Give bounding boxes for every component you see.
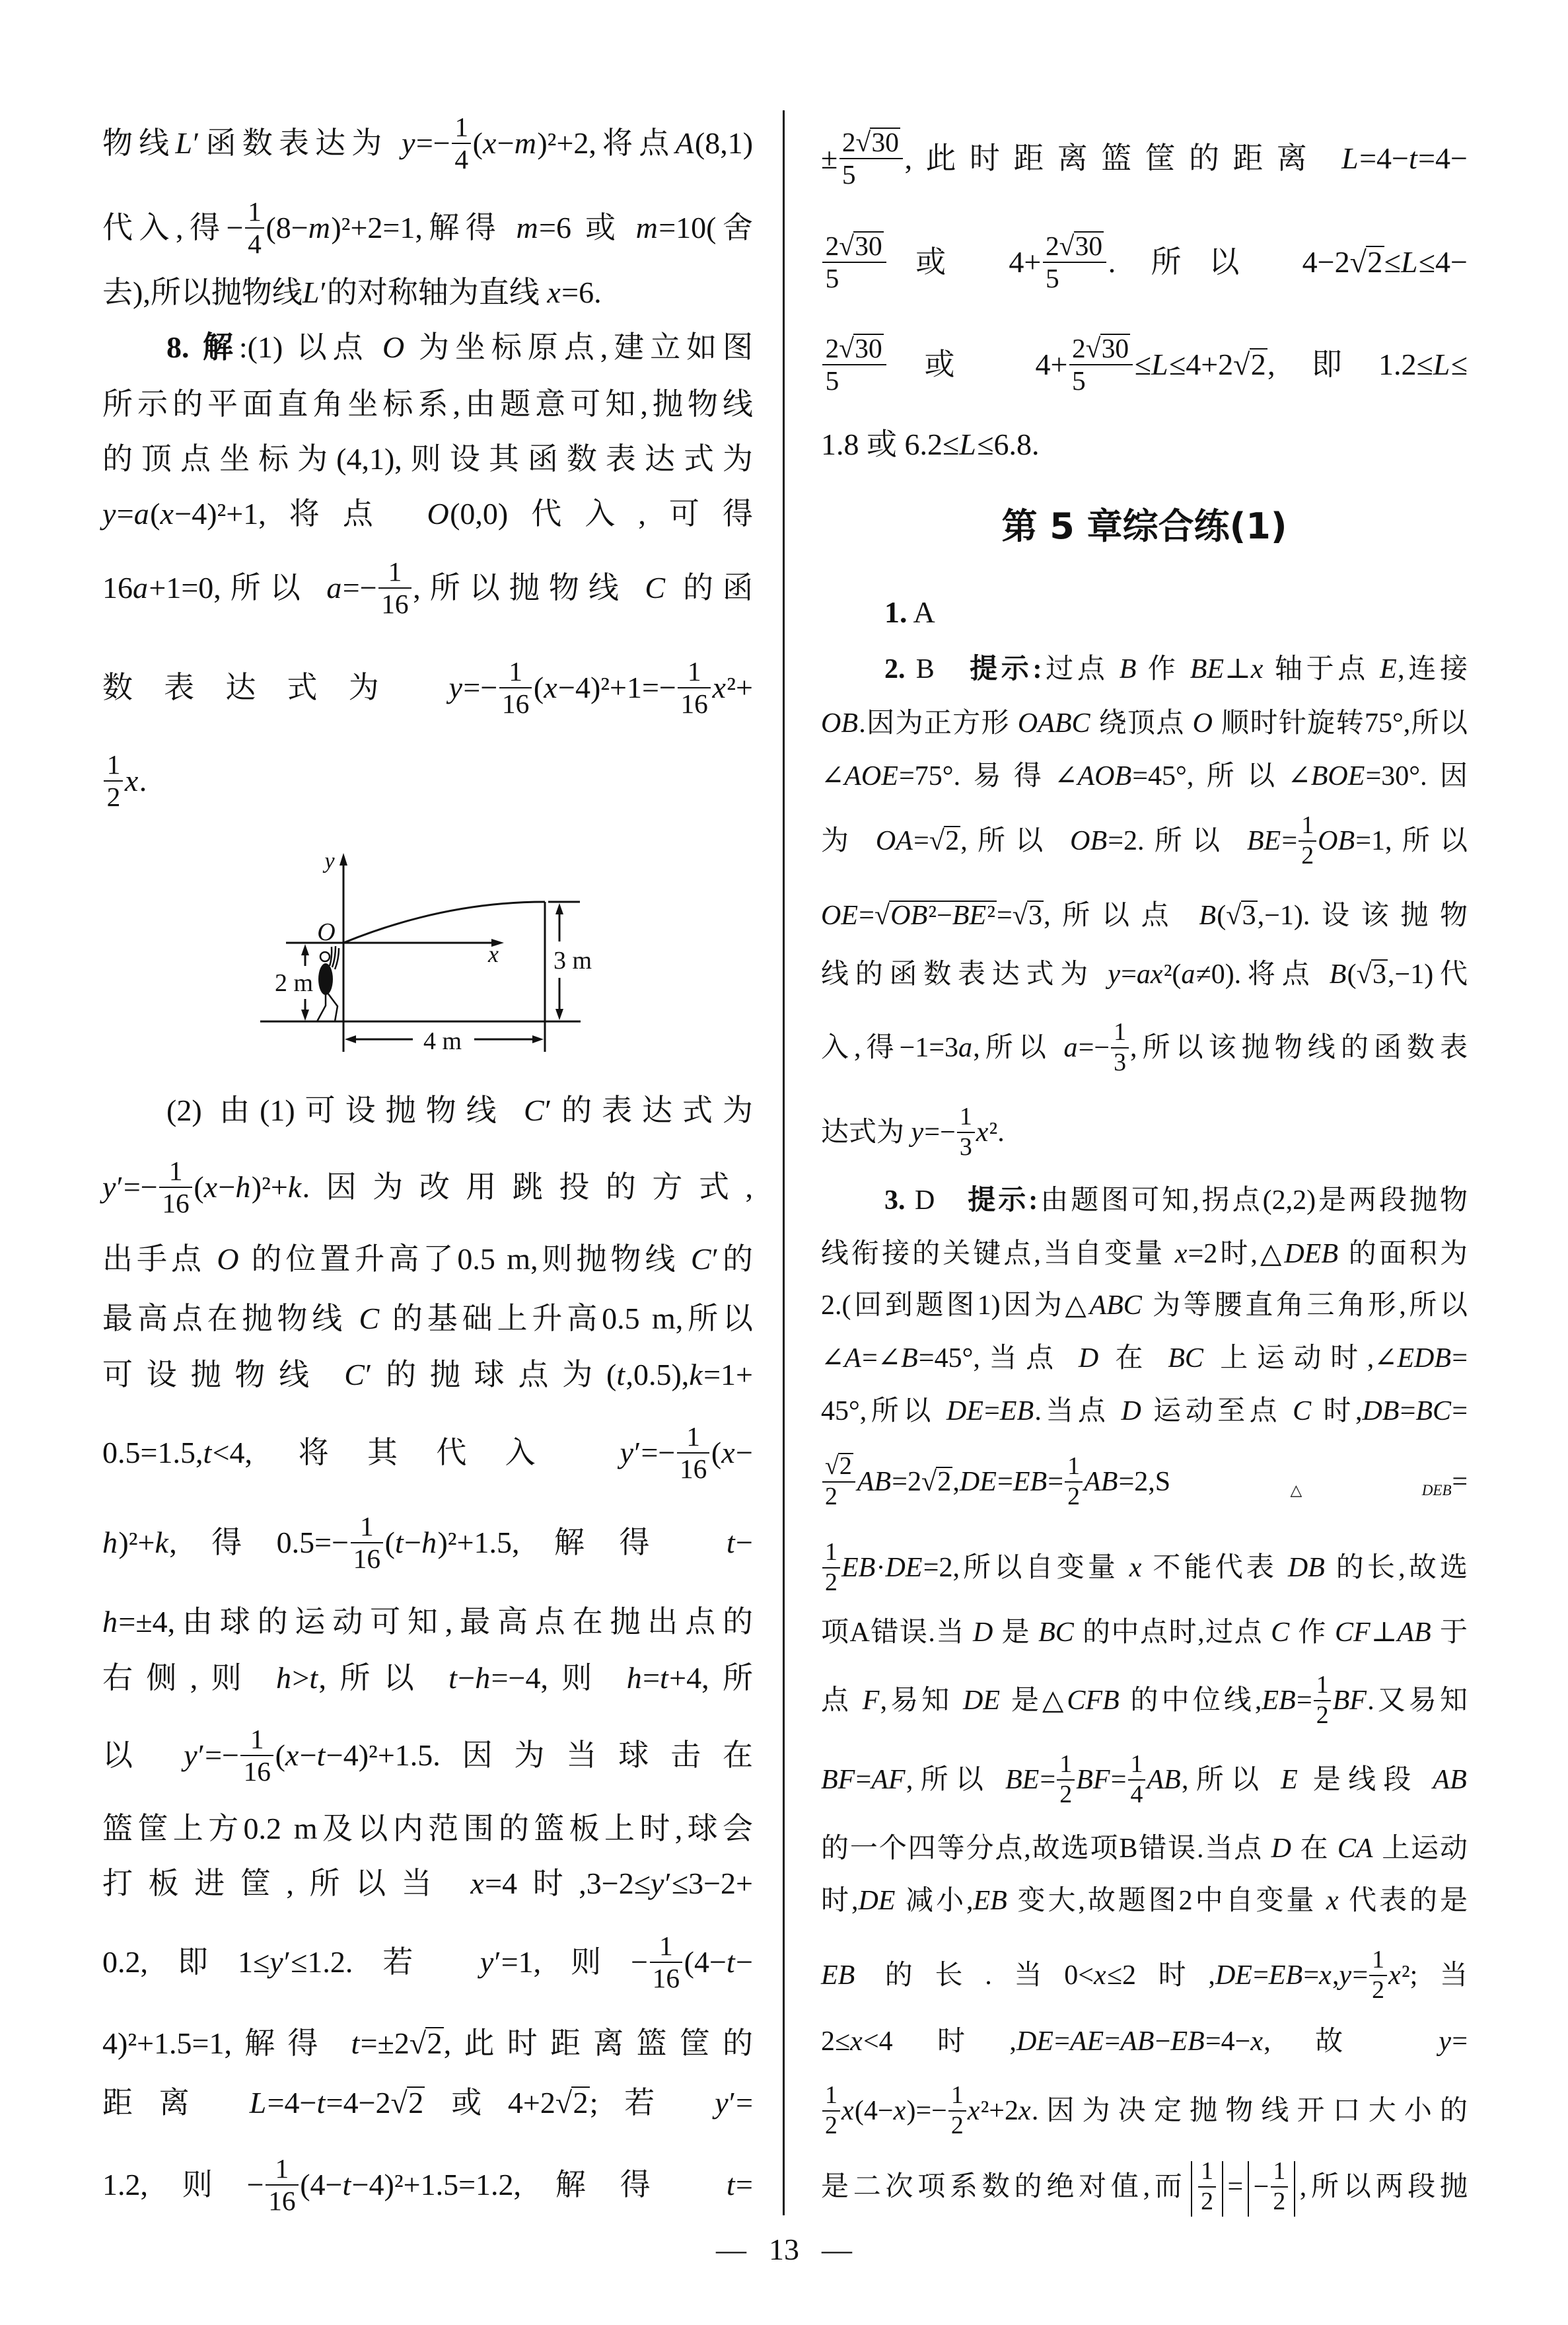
fraction: 2√305 bbox=[1069, 333, 1133, 397]
text-run: 1 bbox=[388, 556, 402, 587]
radicand: 30 bbox=[1100, 334, 1131, 362]
text-line: 1.8 或 6.2≤L≤6.8. bbox=[821, 425, 1468, 464]
text-run: 1 bbox=[1316, 1671, 1329, 1699]
math-variable: x bbox=[850, 2026, 863, 2057]
math-variable: t bbox=[309, 1661, 318, 1695]
fraction: 12 bbox=[1369, 1946, 1386, 2005]
math-variable: BF bbox=[1076, 1765, 1111, 1795]
text-run: 是线段 bbox=[1299, 1765, 1433, 1795]
text-run: 的基础上升高0.5 m,所以 bbox=[380, 1302, 753, 1335]
text-run: 2≤ bbox=[821, 2026, 850, 2057]
column-divider bbox=[783, 110, 785, 2215]
math-variable: t bbox=[342, 2168, 351, 2201]
fraction: 12 bbox=[1314, 1671, 1331, 1730]
text-run: 2 bbox=[1059, 1781, 1072, 1808]
math-variable: CFB bbox=[1067, 1685, 1120, 1716]
text-run: (8− bbox=[266, 211, 308, 244]
text-run: ′≤3−2+ bbox=[665, 1866, 753, 1900]
math-variable: AB bbox=[1433, 1765, 1468, 1795]
math-variable: x bbox=[160, 497, 174, 531]
math-variable: k bbox=[155, 1526, 169, 1559]
math-variable: BC bbox=[1038, 1617, 1075, 1648]
text-run: 2 bbox=[826, 231, 839, 261]
text-run: 30 bbox=[872, 127, 899, 157]
text-run: − bbox=[404, 1526, 421, 1559]
text-run: 的长,故选 bbox=[1326, 1553, 1468, 1583]
bold-text: 提示: bbox=[968, 1185, 1038, 1216]
math-variable: AB bbox=[1084, 1467, 1119, 1497]
text-run: 代表的是 bbox=[1339, 1886, 1468, 1916]
text-run: :(1) 以点 bbox=[239, 330, 382, 364]
math-variable: D bbox=[1079, 1343, 1100, 1374]
text-run: =∠ bbox=[862, 1343, 901, 1374]
math-variable: x bbox=[204, 1170, 219, 1204]
math-variable: BF bbox=[1333, 1685, 1368, 1716]
text-line: 16a+1=0,所以 a=−116,所以抛物线 C 的函 bbox=[102, 568, 753, 608]
fraction-numerator: 1 bbox=[957, 1103, 974, 1131]
radicand: 2 bbox=[838, 1453, 853, 1479]
math-variable: AOB bbox=[1077, 761, 1132, 792]
radicand: 2 bbox=[571, 2086, 590, 2118]
text-run: 2 bbox=[1372, 1976, 1384, 2004]
math-variable: h bbox=[627, 1661, 643, 1695]
math-variable: DB bbox=[1288, 1553, 1326, 1583]
text-run: ²( bbox=[1164, 959, 1182, 990]
math-variable: B bbox=[1199, 901, 1217, 931]
math-variable: h bbox=[235, 1170, 251, 1204]
math-variable: x bbox=[1388, 1960, 1402, 1991]
text-run: ( bbox=[194, 1170, 203, 1204]
fraction: 116 bbox=[677, 1421, 710, 1485]
fraction-numerator: 1 bbox=[357, 1511, 376, 1543]
text-run: <4, 将其代入 bbox=[213, 1436, 620, 1469]
bold-text: 1. bbox=[884, 595, 908, 629]
fraction: 12 bbox=[1299, 811, 1316, 870]
text-run: − bbox=[736, 1945, 753, 1979]
radicand: 3 bbox=[1027, 901, 1044, 930]
text-line: 时,DE 减小,EB 变大,故题图2中自变量 x 代表的是 bbox=[821, 1881, 1468, 1921]
math-variable: O bbox=[382, 330, 406, 364]
math-variable: y bbox=[1439, 2026, 1452, 2057]
text-run: 2 bbox=[1316, 1701, 1329, 1729]
radical-sign-icon: √ bbox=[839, 333, 854, 363]
y-axis-arrow-icon bbox=[339, 853, 347, 866]
text-run: ( bbox=[711, 1436, 721, 1469]
text-run: =1+ bbox=[703, 1358, 753, 1391]
absolute-value-bar bbox=[1248, 2161, 1249, 2217]
math-variable: A bbox=[844, 1343, 862, 1374]
text-run: 提示: bbox=[970, 654, 1042, 684]
fraction: 116 bbox=[351, 1511, 384, 1575]
math-variable: AB bbox=[1120, 2026, 1155, 2057]
text-run: 是二次项系数的绝对值,而 bbox=[821, 2172, 1187, 2202]
text-run: =1,所以 bbox=[1355, 826, 1468, 856]
text-run: = bbox=[736, 2168, 753, 2201]
text-run: =− bbox=[463, 671, 497, 704]
math-variable: y bbox=[1339, 1960, 1353, 1991]
fraction-denominator: 2 bbox=[104, 780, 123, 813]
text-run: 时, bbox=[821, 1886, 858, 1916]
text-run: = bbox=[117, 497, 134, 531]
text-run: 由题图可知,拐点(2,2)是两段抛物 bbox=[1038, 1185, 1468, 1216]
text-line: 线的函数表达式为 y=ax²(a≠0).将点 B(√3,−1)代 bbox=[821, 955, 1468, 994]
text-run: 是 bbox=[994, 1617, 1039, 1648]
square-root: √2 bbox=[1350, 245, 1384, 279]
math-variable: t bbox=[727, 1526, 736, 1559]
text-run: ⊥ bbox=[1225, 654, 1251, 684]
math-variable: x bbox=[1175, 1239, 1188, 1269]
math-variable: EB bbox=[1262, 1685, 1297, 1716]
text-run: 减小, bbox=[896, 1886, 974, 1916]
text-run: 出手点 bbox=[102, 1242, 217, 1276]
text-line: 的顶点坐标为(4,1),则设其函数表达式为 bbox=[102, 439, 753, 479]
text-run: ( bbox=[534, 671, 544, 704]
math-variable: BE bbox=[1190, 654, 1225, 684]
text-run: 2 bbox=[1201, 2188, 1213, 2215]
text-run: − bbox=[218, 1170, 235, 1204]
fraction-denominator: 5 bbox=[1043, 262, 1106, 295]
text-run: ( bbox=[385, 1526, 395, 1559]
text-line: OB.因为正方形 OABC 绕顶点 O 顺时针旋转75°,所以 bbox=[821, 704, 1468, 743]
text-run: ≤4− bbox=[1419, 245, 1468, 279]
math-variable: x bbox=[285, 1738, 300, 1772]
text-run: ;若 bbox=[590, 2086, 715, 2120]
text-run: = bbox=[1253, 1960, 1269, 1991]
fraction-denominator: 2 bbox=[1314, 1700, 1331, 1730]
math-variable: DE bbox=[963, 1685, 1001, 1716]
text-run: . bbox=[139, 764, 147, 797]
text-run: − bbox=[736, 1526, 753, 1559]
text-run: =45°,所以∠ bbox=[1132, 761, 1310, 792]
square-root: √30 bbox=[1086, 333, 1130, 363]
text-run: 不能代表 bbox=[1143, 1553, 1288, 1583]
math-variable: t bbox=[1409, 141, 1418, 175]
math-variable: BE bbox=[1005, 1765, 1040, 1795]
text-run: 或 4+ bbox=[888, 348, 1067, 381]
text-run: = bbox=[1297, 1685, 1312, 1716]
math-variable: AF bbox=[871, 1765, 906, 1795]
fraction-numerator: 1 bbox=[685, 656, 704, 688]
math-variable: L bbox=[1151, 348, 1169, 381]
math-variable: O bbox=[217, 1242, 240, 1276]
text-line: 项A错误.当 D 是 BC 的中点时,过点 C 作 CF⊥AB 于 bbox=[821, 1613, 1468, 1652]
text-run: 轴于点 bbox=[1264, 654, 1380, 684]
text-line: 2≤x<4时,DE=AE=AB−EB=4−x,故 y= bbox=[821, 2022, 1468, 2061]
text-run: =2,S bbox=[1119, 1467, 1171, 1497]
fraction: √22 bbox=[822, 1452, 855, 1511]
math-variable: C bbox=[645, 571, 666, 605]
fraction-numerator: 1 bbox=[684, 1421, 703, 1453]
math-variable: t bbox=[395, 1526, 404, 1559]
fraction-denominator: 2 bbox=[822, 1567, 839, 1597]
text-run: ′=− bbox=[198, 1738, 239, 1772]
text-run: ²;当 bbox=[1402, 1960, 1468, 1991]
text-run: ≤6.8. bbox=[977, 427, 1039, 461]
text-run: 45°,所以 bbox=[821, 1396, 946, 1426]
text-line: 0.2,即1≤y′≤1.2.若 y′=1,则−116(4−t− bbox=[102, 1942, 753, 1982]
math-variable: k bbox=[288, 1170, 303, 1204]
math-variable: y bbox=[402, 126, 416, 160]
text-run: 3 bbox=[1114, 1049, 1126, 1076]
text-run: =− bbox=[1079, 1033, 1110, 1063]
math-variable: ax bbox=[1137, 959, 1164, 990]
text-run: = bbox=[1281, 826, 1297, 856]
text-run: 上运动 bbox=[1374, 1833, 1468, 1864]
math-variable: m bbox=[308, 211, 332, 244]
text-run: =45°,当点 bbox=[919, 1343, 1079, 1374]
text-run: 1 bbox=[275, 2153, 289, 2184]
text-run: ∠ bbox=[821, 1343, 844, 1374]
fraction-denominator: 5 bbox=[839, 158, 903, 191]
text-line: 达式为 y=−13x². bbox=[821, 1113, 1468, 1152]
math-variable: EDB bbox=[1397, 1343, 1452, 1374]
text-run: ′=1,则− bbox=[495, 1945, 648, 1979]
text-run: 1.2,则− bbox=[102, 2168, 264, 2201]
text-run: 2 bbox=[1273, 2188, 1285, 2215]
text-run: − bbox=[300, 1738, 317, 1772]
text-run: 1 bbox=[1372, 1946, 1384, 1974]
math-variable: y bbox=[651, 1866, 665, 1900]
fraction: 116 bbox=[678, 656, 711, 720]
text-run: ≤2时, bbox=[1107, 1960, 1215, 1991]
absolute-value-bar bbox=[1222, 2161, 1223, 2217]
square-root: √2 bbox=[410, 2026, 444, 2060]
math-variable: L bbox=[1401, 245, 1419, 279]
section-heading: 第 5 章综合练(1) bbox=[821, 503, 1468, 550]
text-run: )=− bbox=[906, 2096, 946, 2126]
fraction-numerator: 1 bbox=[822, 1538, 839, 1567]
text-run: 为坐标原点,建立如图 bbox=[406, 330, 753, 364]
text-run: 1 bbox=[169, 1156, 183, 1186]
fraction-numerator: 1 bbox=[657, 1931, 676, 1962]
text-run: 3 bbox=[1242, 901, 1256, 931]
radicand: 2 bbox=[407, 2086, 425, 2118]
text-run: ( bbox=[150, 497, 160, 531]
text-run: .因为正方形 bbox=[859, 708, 1018, 739]
answer-1: 1. A bbox=[884, 593, 1468, 632]
text-run: =6 或 bbox=[539, 211, 636, 244]
square-root: √30 bbox=[839, 231, 883, 261]
text-run: =±4,由球的运动可知,最高点在抛出点的 bbox=[118, 1605, 753, 1639]
text-run: =75°.易得∠ bbox=[899, 761, 1077, 792]
text-run: 16 bbox=[653, 1963, 680, 1993]
math-variable: x bbox=[1129, 1553, 1143, 1583]
math-variable: a bbox=[133, 571, 149, 605]
fraction: 13 bbox=[1111, 1018, 1128, 1077]
math-variable: a bbox=[958, 1033, 973, 1063]
text-run: +4,所 bbox=[669, 1661, 753, 1695]
text-run: =− bbox=[416, 126, 450, 160]
text-run: 5 bbox=[1072, 365, 1086, 396]
radicand: 30 bbox=[853, 334, 884, 362]
text-run: 2 bbox=[1046, 231, 1059, 261]
math-variable: C bbox=[691, 1242, 712, 1276]
text-run: 数表达式为 bbox=[102, 671, 449, 704]
text-run: 16 bbox=[102, 571, 133, 605]
text-run: ( bbox=[1347, 959, 1357, 990]
text-run: ². bbox=[989, 1117, 1005, 1148]
text-run: ∠ bbox=[821, 761, 844, 792]
math-variable: BC bbox=[1168, 1343, 1204, 1374]
text-run: = bbox=[1121, 959, 1137, 990]
arrow-down-icon bbox=[301, 1010, 309, 1021]
text-run: − bbox=[1155, 2026, 1171, 2057]
text-run: 点 bbox=[821, 1685, 863, 1716]
math-variable: L bbox=[250, 2086, 267, 2120]
radicand: OB²−BE² bbox=[889, 901, 997, 930]
text-run: ,−1).设该抛物 bbox=[1258, 901, 1468, 931]
math-variable: C bbox=[344, 1358, 365, 1391]
math-variable: t bbox=[727, 2168, 736, 2201]
text-run: 1 bbox=[659, 1931, 673, 1961]
fraction-numerator: 1 bbox=[452, 112, 471, 143]
text-run: 或4+2 bbox=[425, 2086, 555, 2120]
text-run: 16 bbox=[268, 2186, 295, 2216]
text-run: = bbox=[1452, 1343, 1468, 1374]
math-variable: x bbox=[125, 764, 139, 797]
text-run: 1 bbox=[1114, 1018, 1126, 1046]
page-footer: —13— bbox=[0, 2230, 1568, 2270]
text-run: 1 bbox=[825, 2081, 837, 2109]
x-axis-label: x bbox=[487, 941, 499, 967]
page-dash-left: — bbox=[716, 2230, 746, 2270]
math-variable: t bbox=[448, 1661, 458, 1695]
text-run: = bbox=[997, 1467, 1013, 1497]
text-run: 在 bbox=[1292, 1833, 1337, 1864]
text-run: 0.2,即1≤ bbox=[102, 1945, 269, 1979]
fraction: 12 bbox=[1271, 2157, 1288, 2216]
text-line: 物线L′函数表达为 y=−14(x−m)²+2,将点A(8,1) bbox=[102, 124, 753, 163]
radicand: 30 bbox=[870, 128, 900, 156]
radical-sign-icon: √ bbox=[874, 901, 890, 931]
math-variable: OE bbox=[821, 901, 859, 931]
math-variable: DE bbox=[1016, 2026, 1054, 2057]
fraction: 2√305 bbox=[839, 127, 903, 191]
fraction: 13 bbox=[957, 1103, 974, 1162]
text-run: = bbox=[643, 1661, 660, 1695]
text-run: − bbox=[497, 126, 515, 160]
text-run: 5 bbox=[1046, 263, 1059, 293]
text-run: 16 bbox=[381, 589, 408, 619]
math-variable: y bbox=[1108, 959, 1121, 990]
text-line: OE=√OB²−BE²=√3,所以点 B(√3,−1).设该抛物 bbox=[821, 896, 1468, 936]
text-run: ′函数表达为 bbox=[193, 126, 402, 160]
text-run: 1 bbox=[1301, 811, 1314, 839]
text-run: =2 bbox=[892, 1467, 921, 1497]
text-run: 上运动时,∠ bbox=[1204, 1343, 1397, 1374]
math-variable: x bbox=[841, 2096, 855, 2126]
radicand: 2 bbox=[936, 1467, 952, 1496]
fraction-denominator: 16 bbox=[378, 587, 411, 620]
text-line: 的一个四等分点,故选项B错误.当点 D 在 CA 上运动 bbox=[821, 1829, 1468, 1868]
text-line: 1.2,则−116(4−t−4)²+1.5=1.2,解得 t= bbox=[102, 2165, 753, 2205]
text-run: ,所以 bbox=[960, 826, 1070, 856]
radicand: 30 bbox=[853, 231, 884, 260]
text-run: ,此时距离篮筐的距离 bbox=[905, 141, 1342, 175]
radicand: 3 bbox=[1241, 901, 1258, 930]
fraction-denominator: 16 bbox=[650, 1962, 683, 1995]
math-variable: DE bbox=[1215, 1960, 1253, 1991]
math-variable: EB bbox=[841, 1553, 876, 1583]
text-line: 篮筐上方0.2 m及以内范围的篮板上时,球会 bbox=[102, 1809, 753, 1849]
basketball-shot-diagram: y O x 2 m 3 m 4 m bbox=[251, 846, 594, 1064]
text-line: ∠A=∠B=45°,当点 D 在 BC 上运动时,∠EDB= bbox=[821, 1339, 1468, 1378]
text-run: ± bbox=[821, 141, 837, 175]
text-run: 1 bbox=[825, 1538, 837, 1566]
problem-8-start: 8. 解:(1) 以点 O 为坐标原点,建立如图 bbox=[166, 328, 753, 367]
math-variable: O bbox=[1193, 708, 1214, 739]
text-run: 1 bbox=[688, 656, 701, 686]
math-variable: y bbox=[184, 1738, 198, 1772]
text-run: , bbox=[952, 1467, 960, 1497]
text-run: 所示的平面直角坐标系,由题意可知,抛物线 bbox=[102, 387, 753, 421]
text-run: =30°.因 bbox=[1366, 761, 1468, 792]
text-run: =4− bbox=[1205, 2026, 1250, 2057]
fraction: 116 bbox=[266, 2153, 299, 2217]
bold-text: 8. 解 bbox=[166, 330, 239, 364]
fraction: 116 bbox=[378, 556, 411, 620]
fraction-denominator: 3 bbox=[957, 1132, 974, 1162]
math-variable: OB bbox=[821, 708, 859, 739]
text-run: 的位置升高了0.5 m,则抛物线 bbox=[240, 1242, 691, 1276]
text-run: =2时,△ bbox=[1188, 1239, 1285, 1269]
math-variable: y bbox=[102, 1170, 117, 1204]
text-line: √22AB=2√2,DE=EB=12AB=2,S△DEB= bbox=[821, 1462, 1468, 1502]
text-run: 2 bbox=[825, 1483, 837, 1510]
text-run: )²+ bbox=[118, 1526, 155, 1559]
text-run: 顺时针旋转75°,所以 bbox=[1213, 708, 1468, 739]
text-run: ² bbox=[987, 901, 995, 931]
bold-text: 2. bbox=[884, 654, 906, 684]
fraction: 12 bbox=[1065, 1452, 1082, 1511]
text-run: 1 bbox=[1059, 1750, 1072, 1778]
text-run: =− bbox=[924, 1117, 955, 1148]
math-variable: x bbox=[712, 671, 727, 704]
math-variable: m bbox=[516, 211, 539, 244]
text-run: (4− bbox=[684, 1945, 727, 1979]
text-run: 2 bbox=[839, 1452, 852, 1480]
text-run: = bbox=[856, 1765, 872, 1795]
fraction: 2√305 bbox=[1043, 231, 1106, 295]
radicand: 3 bbox=[1371, 959, 1388, 988]
math-variable: EB bbox=[1269, 1960, 1304, 1991]
text-run: =6. bbox=[561, 276, 601, 309]
fraction: 12 bbox=[1198, 2157, 1215, 2216]
text-run: ( bbox=[1217, 901, 1226, 931]
fraction-denominator: 2 bbox=[1065, 1481, 1082, 1511]
absolute-value-bar bbox=[1191, 2161, 1192, 2217]
text-run: )²+1.5,解得 bbox=[437, 1526, 726, 1559]
math-variable: BE bbox=[952, 901, 987, 931]
text-run: 2 bbox=[951, 2112, 964, 2139]
math-variable: t bbox=[351, 2026, 360, 2060]
math-variable: m bbox=[636, 211, 659, 244]
square-root: √30 bbox=[1059, 231, 1104, 261]
text-run: 的中位线, bbox=[1120, 1685, 1262, 1716]
fraction-denominator: 4 bbox=[1128, 1779, 1145, 1809]
text-run: 8. 解 bbox=[166, 330, 239, 364]
text-run: 项A错误.当 bbox=[821, 1617, 973, 1648]
text-run: 的长.当0< bbox=[856, 1960, 1094, 1991]
text-run: = bbox=[1104, 2026, 1120, 2057]
text-run: .因为改用跳投的方式, bbox=[303, 1170, 753, 1204]
fraction: 116 bbox=[240, 1724, 273, 1788]
math-variable: AB bbox=[1147, 1765, 1182, 1795]
text-run: = bbox=[984, 1396, 1000, 1426]
text-run: 可设抛物线 bbox=[102, 1358, 344, 1391]
math-variable: t bbox=[660, 1661, 669, 1695]
text-run: 2 bbox=[826, 333, 839, 363]
